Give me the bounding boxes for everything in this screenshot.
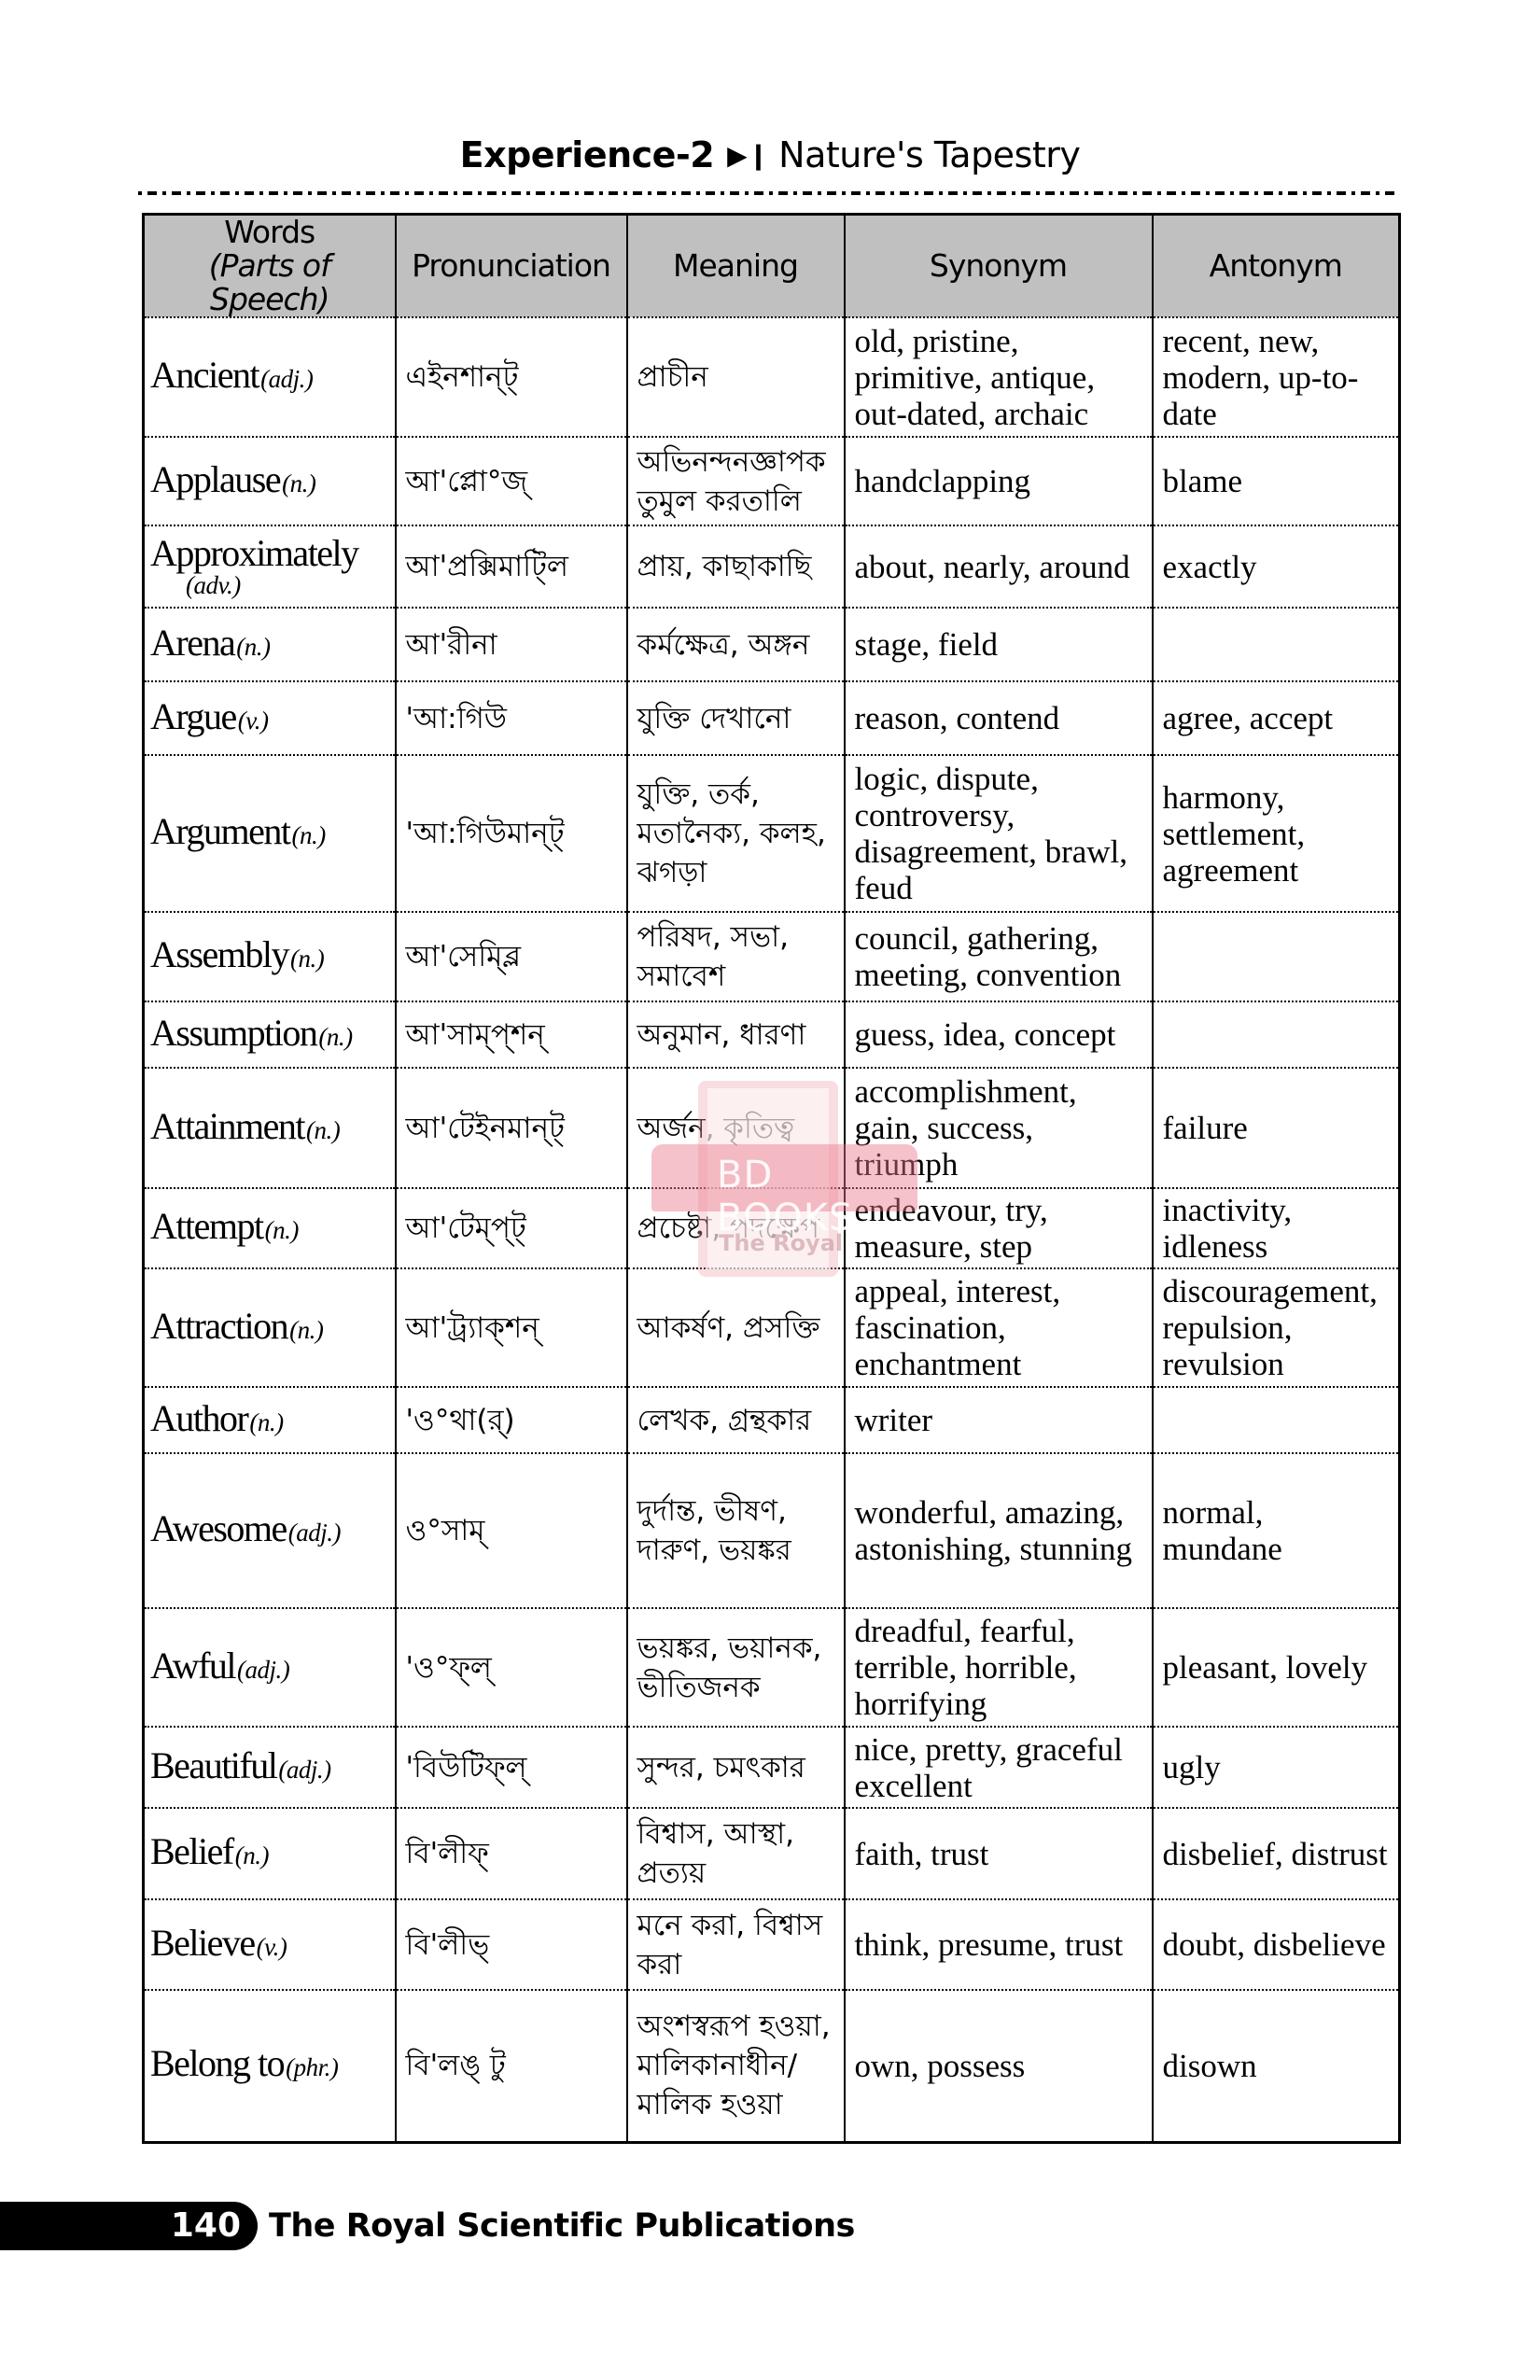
synonym-cell: faith, trust — [845, 1808, 1153, 1899]
table-row: Awful(adj.)'ও°ফ্ল্ভয়ঙ্কর, ভয়ানক, ভীতিজ… — [144, 1608, 1400, 1727]
pronunciation-cell: এইনশান্ট্ — [396, 317, 627, 437]
part-of-speech: (adj.) — [278, 1756, 330, 1784]
synonym-cell: logic, dispute, controversy, disagreemen… — [845, 755, 1153, 912]
column-header-words: Words (Parts of Speech) — [144, 215, 396, 318]
synonym-cell: stage, field — [845, 608, 1153, 681]
word-cell: Belief(n.) — [144, 1808, 396, 1899]
word-cell: Ancient(adj.) — [144, 317, 396, 437]
word-text: Assumption — [150, 1012, 316, 1054]
pronunciation-cell: 'আ:গিউ — [396, 681, 627, 755]
meaning-cell: ভয়ঙ্কর, ভয়ানক, ভীতিজনক — [627, 1608, 845, 1727]
part-of-speech: (n.) — [290, 945, 324, 973]
synonym-cell: writer — [845, 1387, 1153, 1453]
antonym-cell: exactly — [1153, 525, 1400, 608]
word-text: Belong to — [150, 2042, 284, 2084]
part-of-speech: (n.) — [282, 469, 315, 497]
antonym-cell: blame — [1153, 437, 1400, 525]
pronunciation-cell: আ'টেম্প্ট্ — [396, 1188, 627, 1268]
synonym-cell: reason, contend — [845, 681, 1153, 755]
word-cell: Argument(n.) — [144, 755, 396, 912]
word-cell: Arena(n.) — [144, 608, 396, 681]
table-row: Applause(n.)আ'প্লো°জ্অভিনন্দনজ্ঞাপক তুমু… — [144, 437, 1400, 525]
pronunciation-cell: আ'সাম্প্শন্ — [396, 1001, 627, 1068]
synonym-cell: wonderful, amazing, astonishing, stunnin… — [845, 1453, 1153, 1608]
antonym-cell: normal, mundane — [1153, 1453, 1400, 1608]
antonym-cell: failure — [1153, 1068, 1400, 1188]
table-row: Arena(n.)আ'রীনাকর্মক্ষেত্র, অঙ্গনstage, … — [144, 608, 1400, 681]
page-title: Experience-2▶❙Nature's Tapestry — [0, 131, 1540, 180]
part-of-speech: (n.) — [318, 1023, 352, 1051]
antonym-cell: recent, new, modern, up-to-date — [1153, 317, 1400, 437]
pronunciation-cell: বি'লীফ্ — [396, 1808, 627, 1899]
pronunciation-cell: আ'প্রক্সিমাট্লি — [396, 525, 627, 608]
meaning-cell: বিশ্বাস, আস্থা, প্রত্যয় — [627, 1808, 845, 1899]
synonym-cell: handclapping — [845, 437, 1153, 525]
word-cell: Argue(v.) — [144, 681, 396, 755]
meaning-cell: দুর্দান্ত, ভীষণ, দারুণ, ভয়ঙ্কর — [627, 1453, 845, 1608]
synonym-cell: about, nearly, around — [845, 525, 1153, 608]
word-text: Attraction — [150, 1305, 287, 1347]
meaning-cell: পরিষদ, সভা, সমাবেশ — [627, 912, 845, 1001]
part-of-speech: (n.) — [235, 1841, 269, 1869]
word-cell: Beautiful(adj.) — [144, 1727, 396, 1808]
antonym-cell — [1153, 608, 1400, 681]
table-header-row: Words (Parts of Speech) Pronunciation Me… — [144, 215, 1400, 318]
word-text: Assembly — [150, 933, 288, 975]
antonym-cell: harmony, settlement, agreement — [1153, 755, 1400, 912]
meaning-cell: কর্মক্ষেত্র, অঙ্গন — [627, 608, 845, 681]
pronunciation-cell: 'ও°ফ্ল্ — [396, 1608, 627, 1727]
part-of-speech: (n.) — [306, 1116, 340, 1144]
pronunciation-cell: আ'টেইনমান্ট্ — [396, 1068, 627, 1188]
part-of-speech: (phr.) — [286, 2053, 338, 2081]
play-next-icon: ▶❙ — [727, 140, 769, 171]
pronunciation-cell: আ'প্লো°জ্ — [396, 437, 627, 525]
word-cell: Attempt(n.) — [144, 1188, 396, 1268]
table-row: Argument(n.)'আ:গিউমান্ট্যুক্তি, তর্ক, মত… — [144, 755, 1400, 912]
antonym-cell: inactivity, idleness — [1153, 1188, 1400, 1268]
word-text: Attempt — [150, 1205, 263, 1247]
pronunciation-cell: আ'রীনা — [396, 608, 627, 681]
word-text: Argue — [150, 695, 236, 737]
antonym-cell — [1153, 1387, 1400, 1453]
antonym-cell — [1153, 1001, 1400, 1068]
column-header-synonym: Synonym — [845, 215, 1153, 318]
meaning-cell: লেখক, গ্রন্থকার — [627, 1387, 845, 1453]
pronunciation-cell: আ'ট্র্যাক্শন্ — [396, 1268, 627, 1387]
pronunciation-cell: 'আ:গিউমান্ট্ — [396, 755, 627, 912]
antonym-cell: discouragement, repulsion, revulsion — [1153, 1268, 1400, 1387]
word-cell: Awesome(adj.) — [144, 1453, 396, 1608]
antonym-cell: ugly — [1153, 1727, 1400, 1808]
words-header-label: Words — [224, 214, 315, 250]
synonym-cell: appeal, interest, fascination, enchantme… — [845, 1268, 1153, 1387]
synonym-cell: accomplishment, gain, success, triumph — [845, 1068, 1153, 1188]
word-cell: Awful(adj.) — [144, 1608, 396, 1727]
table-row: Beautiful(adj.)'বিউটিফ্ল্সুন্দর, চমৎকারn… — [144, 1727, 1400, 1808]
word-text: Applause — [150, 458, 280, 500]
antonym-cell: disown — [1153, 1990, 1400, 2142]
table-row: Belong to(phr.)বি'লঙ্ টুঅংশস্বরূপ হওয়া,… — [144, 1990, 1400, 2142]
part-of-speech: (n.) — [265, 1216, 299, 1244]
pronunciation-cell: 'ও°থা(র্) — [396, 1387, 627, 1453]
part-of-speech: (adj.) — [237, 1656, 289, 1684]
table-row: Author(n.)'ও°থা(র্)লেখক, গ্রন্থকারwriter — [144, 1387, 1400, 1453]
word-cell: Belong to(phr.) — [144, 1990, 396, 2142]
meaning-cell: আকর্ষণ, প্রসক্তি — [627, 1268, 845, 1387]
part-of-speech: (v.) — [257, 1933, 287, 1961]
pronunciation-cell: বি'লঙ্ টু — [396, 1990, 627, 2142]
meaning-cell: প্রচেষ্টা, পদক্ষেপ — [627, 1188, 845, 1268]
part-of-speech: (adj.) — [288, 1519, 341, 1547]
part-of-speech: (n.) — [236, 633, 270, 661]
pronunciation-cell: ও°সাম্ — [396, 1453, 627, 1608]
table-row: Assembly(n.)আ'সেম্ব্লিপরিষদ, সভা, সমাবেশ… — [144, 912, 1400, 1001]
word-cell: Believe(v.) — [144, 1899, 396, 1990]
table-row: Assumption(n.)আ'সাম্প্শন্অনুমান, ধারণাgu… — [144, 1001, 1400, 1068]
part-of-speech: (adj.) — [260, 365, 313, 393]
word-text: Awesome — [150, 1507, 287, 1549]
word-cell: Applause(n.) — [144, 437, 396, 525]
meaning-cell: অংশস্বরূপ হওয়া, মালিকানাধীন/ মালিক হওয়… — [627, 1990, 845, 2142]
table-row: Attempt(n.)আ'টেম্প্ট্প্রচেষ্টা, পদক্ষেপe… — [144, 1188, 1400, 1268]
table-row: Belief(n.)বি'লীফ্বিশ্বাস, আস্থা, প্রত্যয… — [144, 1808, 1400, 1899]
column-header-meaning: Meaning — [627, 215, 845, 318]
antonym-cell: doubt, disbelieve — [1153, 1899, 1400, 1990]
word-text: Awful — [150, 1645, 235, 1687]
table-row: Argue(v.)'আ:গিউযুক্তি দেখানোreason, cont… — [144, 681, 1400, 755]
word-text: Attainment — [150, 1105, 304, 1147]
table-row: Attraction(n.)আ'ট্র্যাক্শন্আকর্ষণ, প্রসক… — [144, 1268, 1400, 1387]
part-of-speech: (adv.) — [152, 571, 385, 599]
word-text: Arena — [150, 622, 234, 664]
antonym-cell — [1153, 912, 1400, 1001]
parts-of-speech-label: (Parts of Speech) — [209, 247, 330, 317]
pronunciation-cell: আ'সেম্ব্লি — [396, 912, 627, 1001]
synonym-cell: old, pristine, primitive, antique, out-d… — [845, 317, 1153, 437]
word-cell: Author(n.) — [144, 1387, 396, 1453]
word-text: Beautiful — [150, 1744, 276, 1786]
meaning-cell: প্রায়, কাছাকাছি — [627, 525, 845, 608]
antonym-cell: agree, accept — [1153, 681, 1400, 755]
meaning-cell: যুক্তি দেখানো — [627, 681, 845, 755]
dashed-divider — [138, 191, 1400, 195]
meaning-cell: অনুমান, ধারণা — [627, 1001, 845, 1068]
column-header-antonym: Antonym — [1153, 215, 1400, 318]
table-row: Believe(v.)বি'লীভ্মনে করা, বিশ্বাস করাth… — [144, 1899, 1400, 1990]
column-header-pronunciation: Pronunciation — [396, 215, 627, 318]
antonym-cell: disbelief, distrust — [1153, 1808, 1400, 1899]
antonym-cell: pleasant, lovely — [1153, 1608, 1400, 1727]
word-text: Approximately — [150, 532, 358, 574]
synonym-cell: guess, idea, concept — [845, 1001, 1153, 1068]
part-of-speech: (n.) — [291, 821, 325, 849]
word-cell: Assembly(n.) — [144, 912, 396, 1001]
table-row: Ancient(adj.)এইনশান্ট্প্রাচীনold, pristi… — [144, 317, 1400, 437]
table-row: Approximately(adv.)আ'প্রক্সিমাট্লিপ্রায়… — [144, 525, 1400, 608]
meaning-cell: মনে করা, বিশ্বাস করা — [627, 1899, 845, 1990]
word-cell: Attraction(n.) — [144, 1268, 396, 1387]
vocabulary-table: Words (Parts of Speech) Pronunciation Me… — [142, 213, 1401, 2144]
word-cell: Assumption(n.) — [144, 1001, 396, 1068]
part-of-speech: (n.) — [249, 1408, 283, 1436]
chapter-label: Experience-2 — [460, 134, 715, 175]
meaning-cell: অর্জন, কৃতিত্ব — [627, 1068, 845, 1188]
word-text: Author — [150, 1397, 247, 1439]
word-cell: Attainment(n.) — [144, 1068, 396, 1188]
pronunciation-cell: বি'লীভ্ — [396, 1899, 627, 1990]
meaning-cell: অভিনন্দনজ্ঞাপক তুমুল করতালি — [627, 437, 845, 525]
word-text: Believe — [150, 1922, 255, 1964]
word-text: Ancient — [150, 354, 259, 396]
part-of-speech: (n.) — [289, 1316, 323, 1344]
pronunciation-cell: 'বিউটিফ্ল্ — [396, 1727, 627, 1808]
table-row: Awesome(adj.)ও°সাম্দুর্দান্ত, ভীষণ, দারু… — [144, 1453, 1400, 1608]
chapter-subtitle: Nature's Tapestry — [778, 134, 1080, 175]
page-number: 140 — [0, 2202, 258, 2250]
meaning-cell: সুন্দর, চমৎকার — [627, 1727, 845, 1808]
table-row: Attainment(n.)আ'টেইনমান্ট্অর্জন, কৃতিত্ব… — [144, 1068, 1400, 1188]
synonym-cell: council, gathering, meeting, convention — [845, 912, 1153, 1001]
word-text: Argument — [150, 810, 289, 852]
meaning-cell: প্রাচীন — [627, 317, 845, 437]
meaning-cell: যুক্তি, তর্ক, মতানৈক্য, কলহ, ঝগড়া — [627, 755, 845, 912]
part-of-speech: (v.) — [238, 707, 269, 735]
word-cell: Approximately(adv.) — [144, 525, 396, 608]
synonym-cell: think, presume, trust — [845, 1899, 1153, 1990]
synonym-cell: nice, pretty, graceful excellent — [845, 1727, 1153, 1808]
publisher-name: The Royal Scientific Publications — [269, 2202, 855, 2250]
synonym-cell: dreadful, fearful, terrible, horrible, h… — [845, 1608, 1153, 1727]
word-text: Belief — [150, 1830, 233, 1872]
synonym-cell: own, possess — [845, 1990, 1153, 2142]
synonym-cell: endeavour, try, measure, step — [845, 1188, 1153, 1268]
